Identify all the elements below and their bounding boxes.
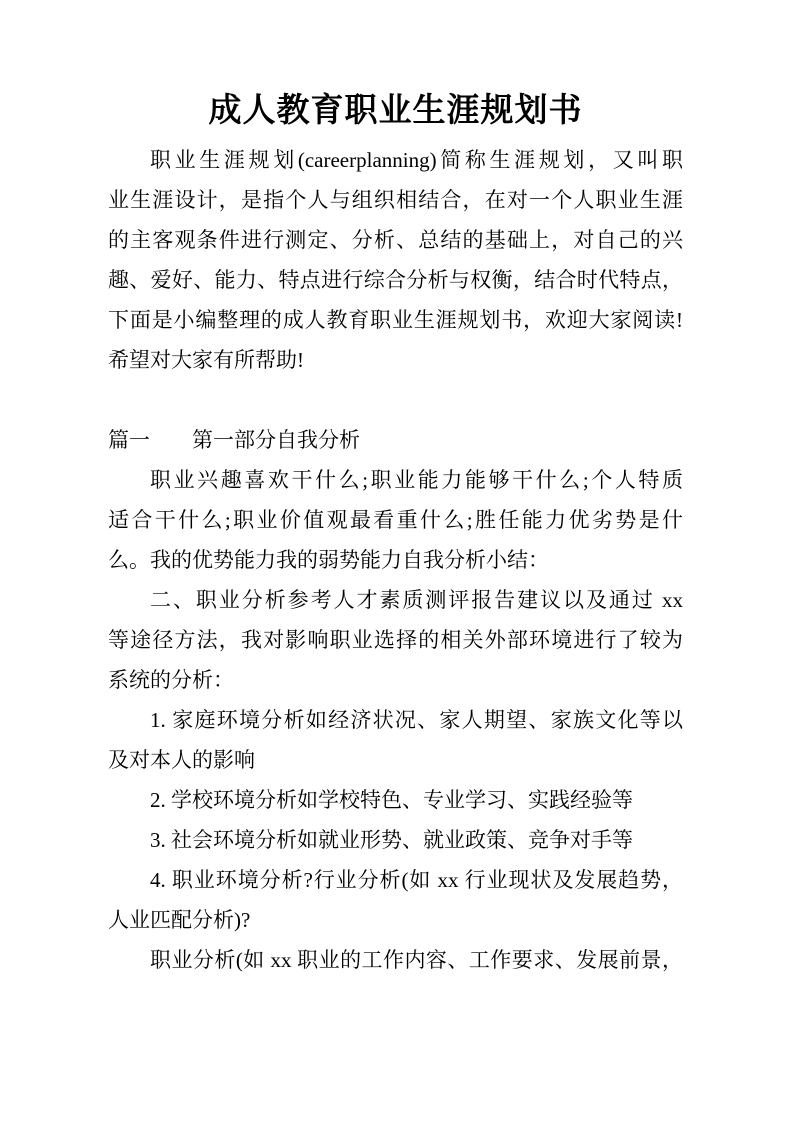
list-item-paragraph: 3. 社会环境分析如就业形势、就业政策、竞争对手等	[108, 820, 683, 860]
paragraph-line: 适合干什么;职业价值观最看重什么;胜任能力优劣势是什	[108, 500, 683, 540]
list-item-paragraph: 4. 职业环境分析?行业分析(如 xx 行业现状及发展趋势，人业匹配分析)?	[108, 860, 683, 940]
paragraph-line: 系统的分析：	[108, 660, 683, 700]
paragraph-line: 业生涯设计，是指个人与组织相结合，在对一个人职业生涯	[108, 180, 683, 220]
paragraph-line: 1. 家庭环境分析如经济状况、家人期望、家族文化等以	[108, 700, 683, 740]
document-page: 成人教育职业生涯规划书 职业生涯规划(careerplanning)简称生涯规划…	[0, 0, 793, 1122]
document-body: 职业生涯规划(careerplanning)简称生涯规划，又叫职业生涯设计，是指…	[108, 140, 683, 980]
paragraph-line: 职业分析(如 xx 职业的工作内容、工作要求、发展前景，	[108, 940, 683, 980]
paragraph-line: 趣、爱好、能力、特点进行综合分析与权衡，结合时代特点，	[108, 260, 683, 300]
paragraph: 职业分析(如 xx 职业的工作内容、工作要求、发展前景，	[108, 940, 683, 980]
document-content: 成人教育职业生涯规划书 职业生涯规划(careerplanning)简称生涯规划…	[108, 88, 683, 980]
paragraph-line: 人业匹配分析)?	[108, 900, 683, 940]
list-item-paragraph: 1. 家庭环境分析如经济状况、家人期望、家族文化等以及对本人的影响	[108, 700, 683, 780]
paragraph-line: 3. 社会环境分析如就业形势、就业政策、竞争对手等	[108, 820, 683, 860]
paragraph-line: 4. 职业环境分析?行业分析(如 xx 行业现状及发展趋势，	[108, 860, 683, 900]
paragraph-line: 等途径方法，我对影响职业选择的相关外部环境进行了较为	[108, 620, 683, 660]
paragraph: 职业兴趣喜欢干什么;职业能力能够干什么;个人特质适合干什么;职业价值观最看重什么…	[108, 460, 683, 580]
paragraph-line: 二、职业分析参考人才素质测评报告建议以及通过 xx	[108, 580, 683, 620]
paragraph-line: 及对本人的影响	[108, 740, 683, 780]
paragraph: 二、职业分析参考人才素质测评报告建议以及通过 xx等途径方法，我对影响职业选择的…	[108, 580, 683, 700]
paragraph-line: 么。我的优势能力我的弱势能力自我分析小结：	[108, 540, 683, 580]
paragraph-line: 2. 学校环境分析如学校特色、专业学习、实践经验等	[108, 780, 683, 820]
section-heading: 篇一 第一部分自我分析	[108, 420, 683, 460]
intro-paragraph: 职业生涯规划(careerplanning)简称生涯规划，又叫职业生涯设计，是指…	[108, 140, 683, 380]
document-title: 成人教育职业生涯规划书	[108, 88, 683, 134]
paragraph-line: 下面是小编整理的成人教育职业生涯规划书，欢迎大家阅读!	[108, 300, 683, 340]
paragraph-line: 的主客观条件进行测定、分析、总结的基础上，对自己的兴	[108, 220, 683, 260]
paragraph-line: 篇一 第一部分自我分析	[108, 420, 683, 460]
paragraph-line: 职业生涯规划(careerplanning)简称生涯规划，又叫职	[108, 140, 683, 180]
paragraph-line: 希望对大家有所帮助!	[108, 340, 683, 380]
list-item-paragraph: 2. 学校环境分析如学校特色、专业学习、实践经验等	[108, 780, 683, 820]
paragraph-line: 职业兴趣喜欢干什么;职业能力能够干什么;个人特质	[108, 460, 683, 500]
